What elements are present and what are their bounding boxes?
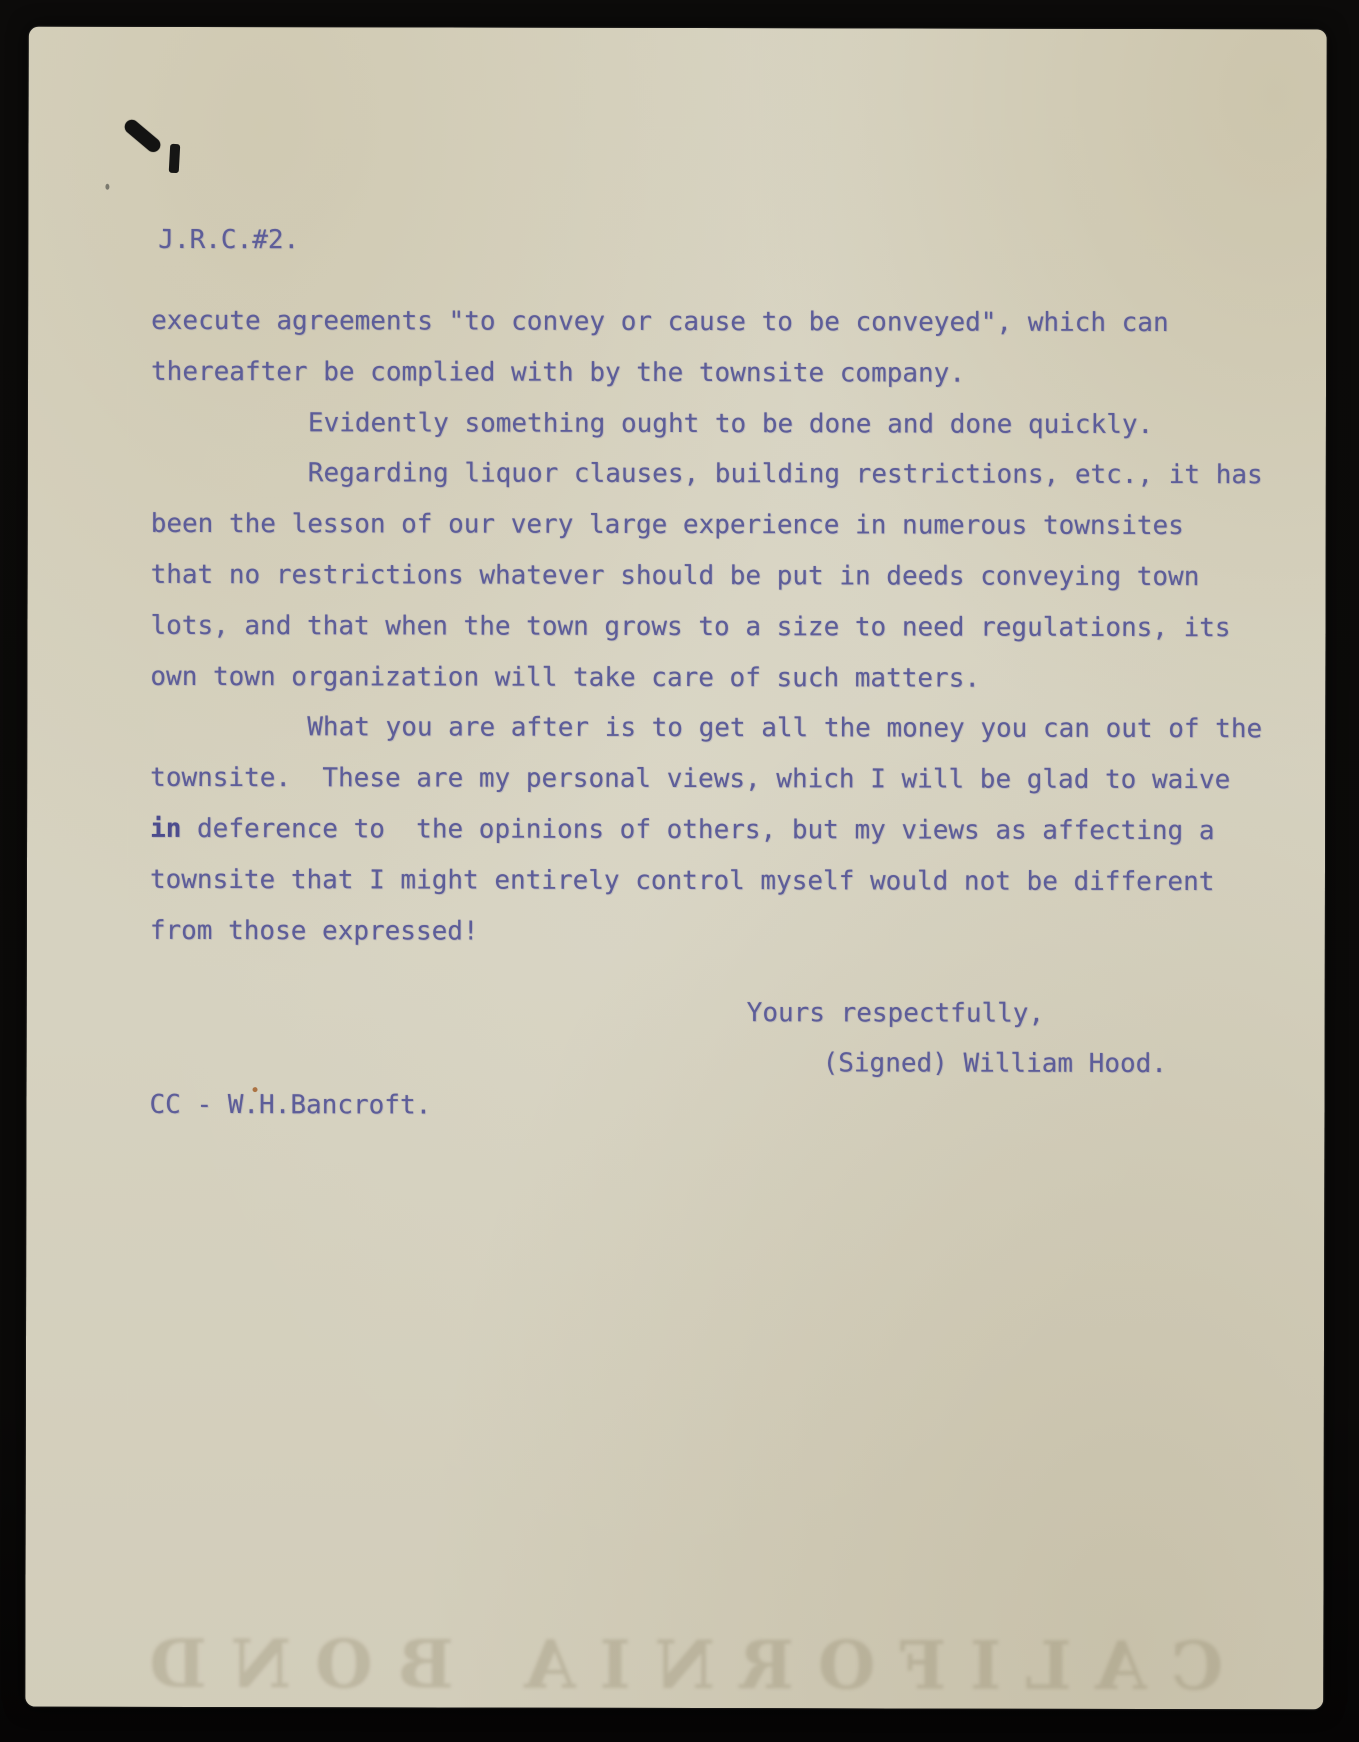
- letter-line: from those expressed!: [150, 905, 1262, 958]
- letter-body: execute agreements "to convey or cause t…: [150, 296, 1263, 959]
- letter-line: lots, and that when the town grows to a …: [150, 601, 1262, 654]
- paper-speck: [105, 184, 109, 190]
- letter-line: execute agreements "to convey or cause t…: [151, 296, 1263, 349]
- letter-line: been the lesson of our very large experi…: [151, 499, 1263, 552]
- letter-line: Evidently something ought to be done and…: [151, 397, 1263, 450]
- letter-line: townsite. These are my personal views, w…: [150, 753, 1262, 806]
- letter-line: in deference to the opinions of others, …: [150, 804, 1262, 857]
- letter-line: own town organization will take care of …: [150, 651, 1262, 704]
- letter-line: thereafter be complied with by the towns…: [151, 347, 1263, 400]
- letter-line: Regarding liquor clauses, building restr…: [151, 448, 1263, 501]
- letter-line: townsite that I might entirely control m…: [150, 855, 1262, 908]
- ink-bar-mark: [169, 144, 181, 174]
- closing-line: Yours respectfully,: [747, 988, 1045, 1039]
- ink-smudge-mark: [122, 117, 163, 155]
- photo-background: { "document": { "reference": "J.R.C.#2."…: [0, 0, 1359, 1742]
- cc-line: CC - W.H.Bancroft.: [149, 1080, 431, 1131]
- letter-line: that no restrictions whatever should be …: [151, 550, 1263, 603]
- letter-page: J.R.C.#2. execute agreements "to convey …: [25, 27, 1327, 1710]
- signature-line: (Signed) William Hood.: [823, 1038, 1167, 1089]
- letter-line: What you are after is to get all the mon…: [150, 702, 1262, 755]
- watermark-text: CALIFORNIA BOND: [25, 1625, 1323, 1706]
- reference-number: J.R.C.#2.: [158, 225, 299, 255]
